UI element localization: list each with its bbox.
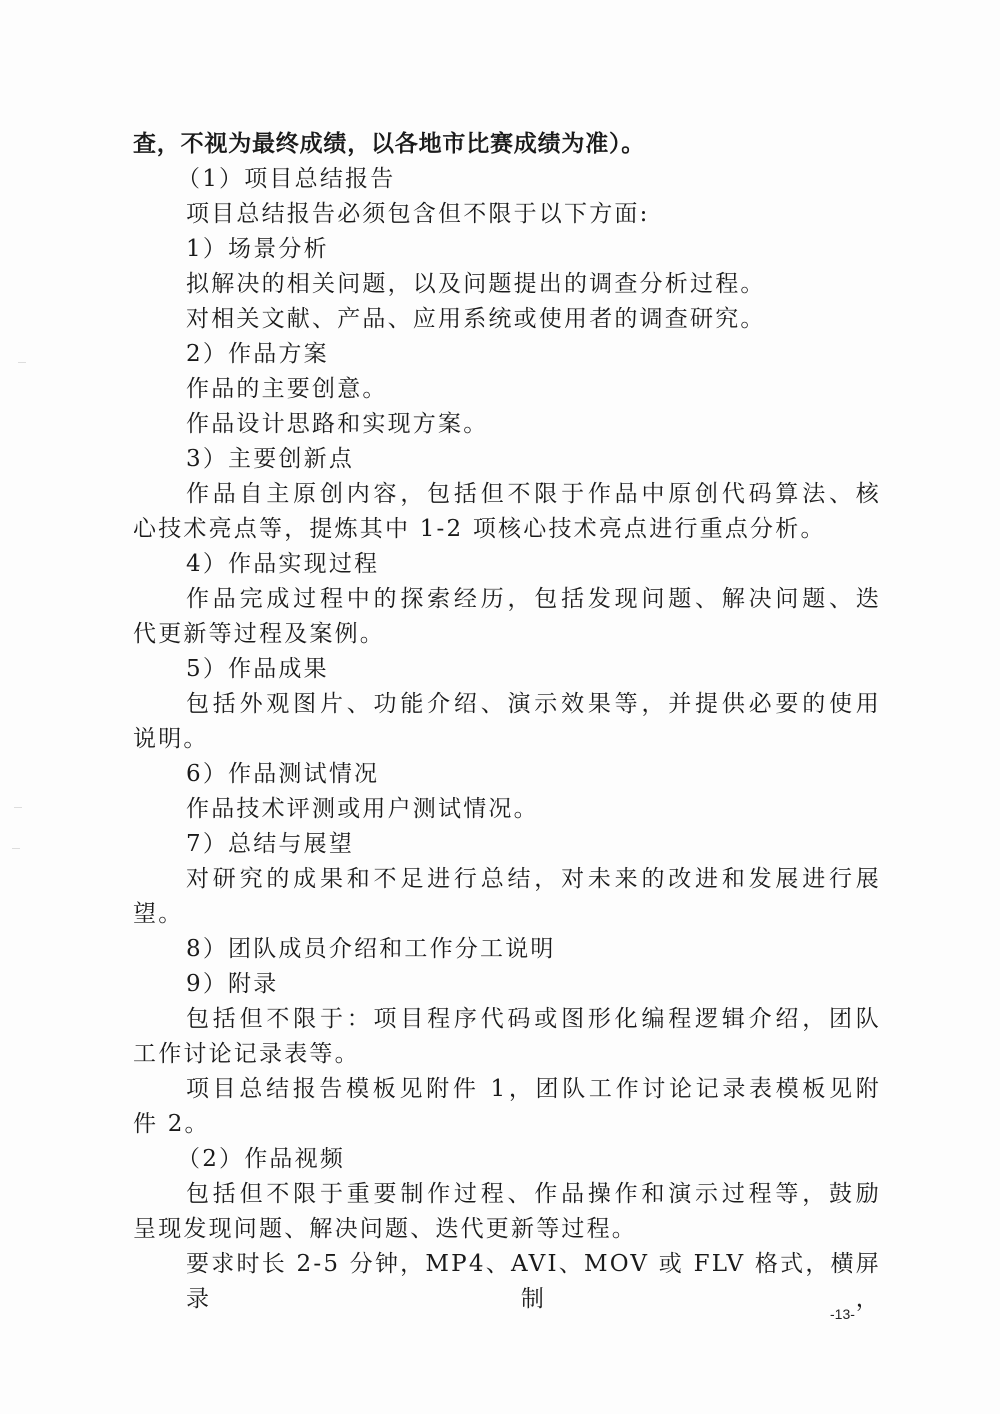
paragraph-line: 作品技术评测或用户测试情况。	[133, 792, 881, 827]
paragraph-line: 代更新等过程及案例。	[133, 617, 881, 652]
paragraph-line: 望。	[133, 897, 881, 932]
section-heading-video: （2）作品视频	[133, 1142, 881, 1177]
paragraph-line: 作品完成过程中的探索经历，包括发现问题、解决问题、迭	[133, 582, 881, 617]
paragraph-line: 包括外观图片、功能介绍、演示效果等，并提供必要的使用	[133, 687, 881, 722]
paragraph-line: 查，不视为最终成绩，以各地市比赛成绩为准）。	[133, 127, 881, 162]
paragraph-line: 心技术亮点等，提炼其中 1-2 项核心技术亮点进行重点分析。	[133, 512, 881, 547]
subheading-testing: 6）作品测试情况	[133, 757, 881, 792]
subheading-team: 8）团队成员介绍和工作分工说明	[133, 932, 881, 967]
page-number: -13-	[830, 1306, 855, 1322]
scan-artifact	[14, 807, 22, 808]
subheading-results: 5）作品成果	[133, 652, 881, 687]
scan-artifact	[18, 362, 26, 363]
paragraph-line: 件 2。	[133, 1107, 881, 1142]
paragraph-line: 作品自主原创内容，包括但不限于作品中原创代码算法、核	[133, 477, 881, 512]
paragraph-line: 作品的主要创意。	[133, 372, 881, 407]
paragraph-line: 说明。	[133, 722, 881, 757]
subheading-appendix: 9）附录	[133, 967, 881, 1002]
subheading-scenario-analysis: 1）场景分析	[133, 232, 881, 267]
paragraph-line: 项目总结报告必须包含但不限于以下方面:	[133, 197, 881, 232]
paragraph-line: 工作讨论记录表等。	[133, 1037, 881, 1072]
paragraph-line: 拟解决的相关问题，以及问题提出的调查分析过程。	[133, 267, 881, 302]
paragraph-line: 对研究的成果和不足进行总结，对未来的改进和发展进行展	[133, 862, 881, 897]
subheading-innovation: 3）主要创新点	[133, 442, 881, 477]
document-page: 查，不视为最终成绩，以各地市比赛成绩为准）。 （1）项目总结报告 项目总结报告必…	[0, 0, 1000, 1414]
subheading-work-plan: 2）作品方案	[133, 337, 881, 372]
paragraph-line: 呈现发现问题、解决问题、迭代更新等过程。	[133, 1212, 881, 1247]
paragraph-line: 要求时长 2-5 分钟，MP4、AVI、MOV 或 FLV 格式，横屏录制，	[133, 1247, 881, 1282]
section-heading-project-report: （1）项目总结报告	[133, 162, 881, 197]
subheading-implementation: 4）作品实现过程	[133, 547, 881, 582]
paragraph-line: 对相关文献、产品、应用系统或使用者的调查研究。	[133, 302, 881, 337]
paragraph-line: 作品设计思路和实现方案。	[133, 407, 881, 442]
body-text: 查，不视为最终成绩，以各地市比赛成绩为准）。 （1）项目总结报告 项目总结报告必…	[133, 127, 881, 1282]
subheading-summary: 7）总结与展望	[133, 827, 881, 862]
scan-artifact	[12, 848, 20, 849]
paragraph-line: 项目总结报告模板见附件 1，团队工作讨论记录表模板见附	[133, 1072, 881, 1107]
paragraph-line: 包括但不限于：项目程序代码或图形化编程逻辑介绍，团队	[133, 1002, 881, 1037]
paragraph-line: 包括但不限于重要制作过程、作品操作和演示过程等，鼓励	[133, 1177, 881, 1212]
